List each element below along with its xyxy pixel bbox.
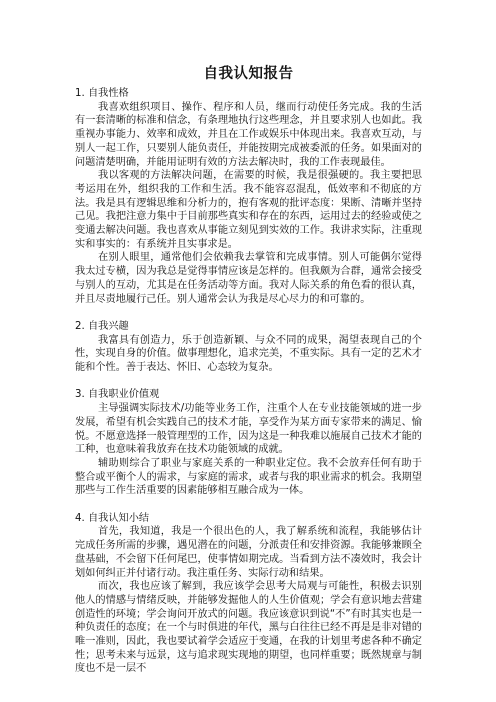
section-spacer [75, 306, 422, 320]
document-page: 自我认知报告 1. 自我性格 我喜欢组织项目、操作、程序和人员，继而行动使任务完… [75, 64, 422, 676]
section-heading: 2. 自我兴趣 [75, 320, 422, 334]
document-title: 自我认知报告 [75, 64, 422, 84]
section-heading: 4. 自我认知小结 [75, 512, 422, 526]
section-spacer [75, 375, 422, 389]
section-career-values: 3. 自我职业价值观 主导强调实际技术/功能等业务工作，注重个人在专业技能领域的… [75, 388, 422, 498]
paragraph: 主导强调实际技术/功能等业务工作，注重个人在专业技能领域的进一步发展，希望有机会… [75, 402, 422, 457]
section-summary: 4. 自我认知小结 首先，我知道，我是一个很出色的人，我了解系统和流程，我能够估… [75, 512, 422, 676]
section-heading: 1. 自我性格 [75, 87, 422, 101]
paragraph: 而次，我也应该了解到，我应该学会思考大局观与可能性，积极去识别他人的情感与情绪反… [75, 580, 422, 676]
paragraph: 在别人眼里，通常他们会依赖我去掌管和完成事情。别人可能偶尔觉得我太过专横，因为我… [75, 251, 422, 306]
paragraph: 首先，我知道，我是一个很出色的人，我了解系统和流程，我能够估计完成任务所需的步骤… [75, 525, 422, 580]
section-interests: 2. 自我兴趣 我富具有创造力，乐于创造新颖、与众不同的成果，渴望表现自己的个性… [75, 320, 422, 375]
paragraph: 我喜欢组织项目、操作、程序和人员，继而行动使任务完成。我的生活有一套清晰的标准和… [75, 101, 422, 170]
section-spacer [75, 498, 422, 512]
section-personality: 1. 自我性格 我喜欢组织项目、操作、程序和人员，继而行动使任务完成。我的生活有… [75, 87, 422, 306]
paragraph: 我富具有创造力，乐于创造新颖、与众不同的成果，渴望表现自己的个性，实现自身的价值… [75, 334, 422, 375]
section-heading: 3. 自我职业价值观 [75, 388, 422, 402]
paragraph: 辅助则综合了职业与家庭关系的一种职业定位。我不会放弃任何有助于整合或平衡个人的需… [75, 457, 422, 498]
paragraph: 我以客观的方法解决问题，在需要的时候，我是很强硬的。我主要把思考运用在外，组织我… [75, 169, 422, 251]
